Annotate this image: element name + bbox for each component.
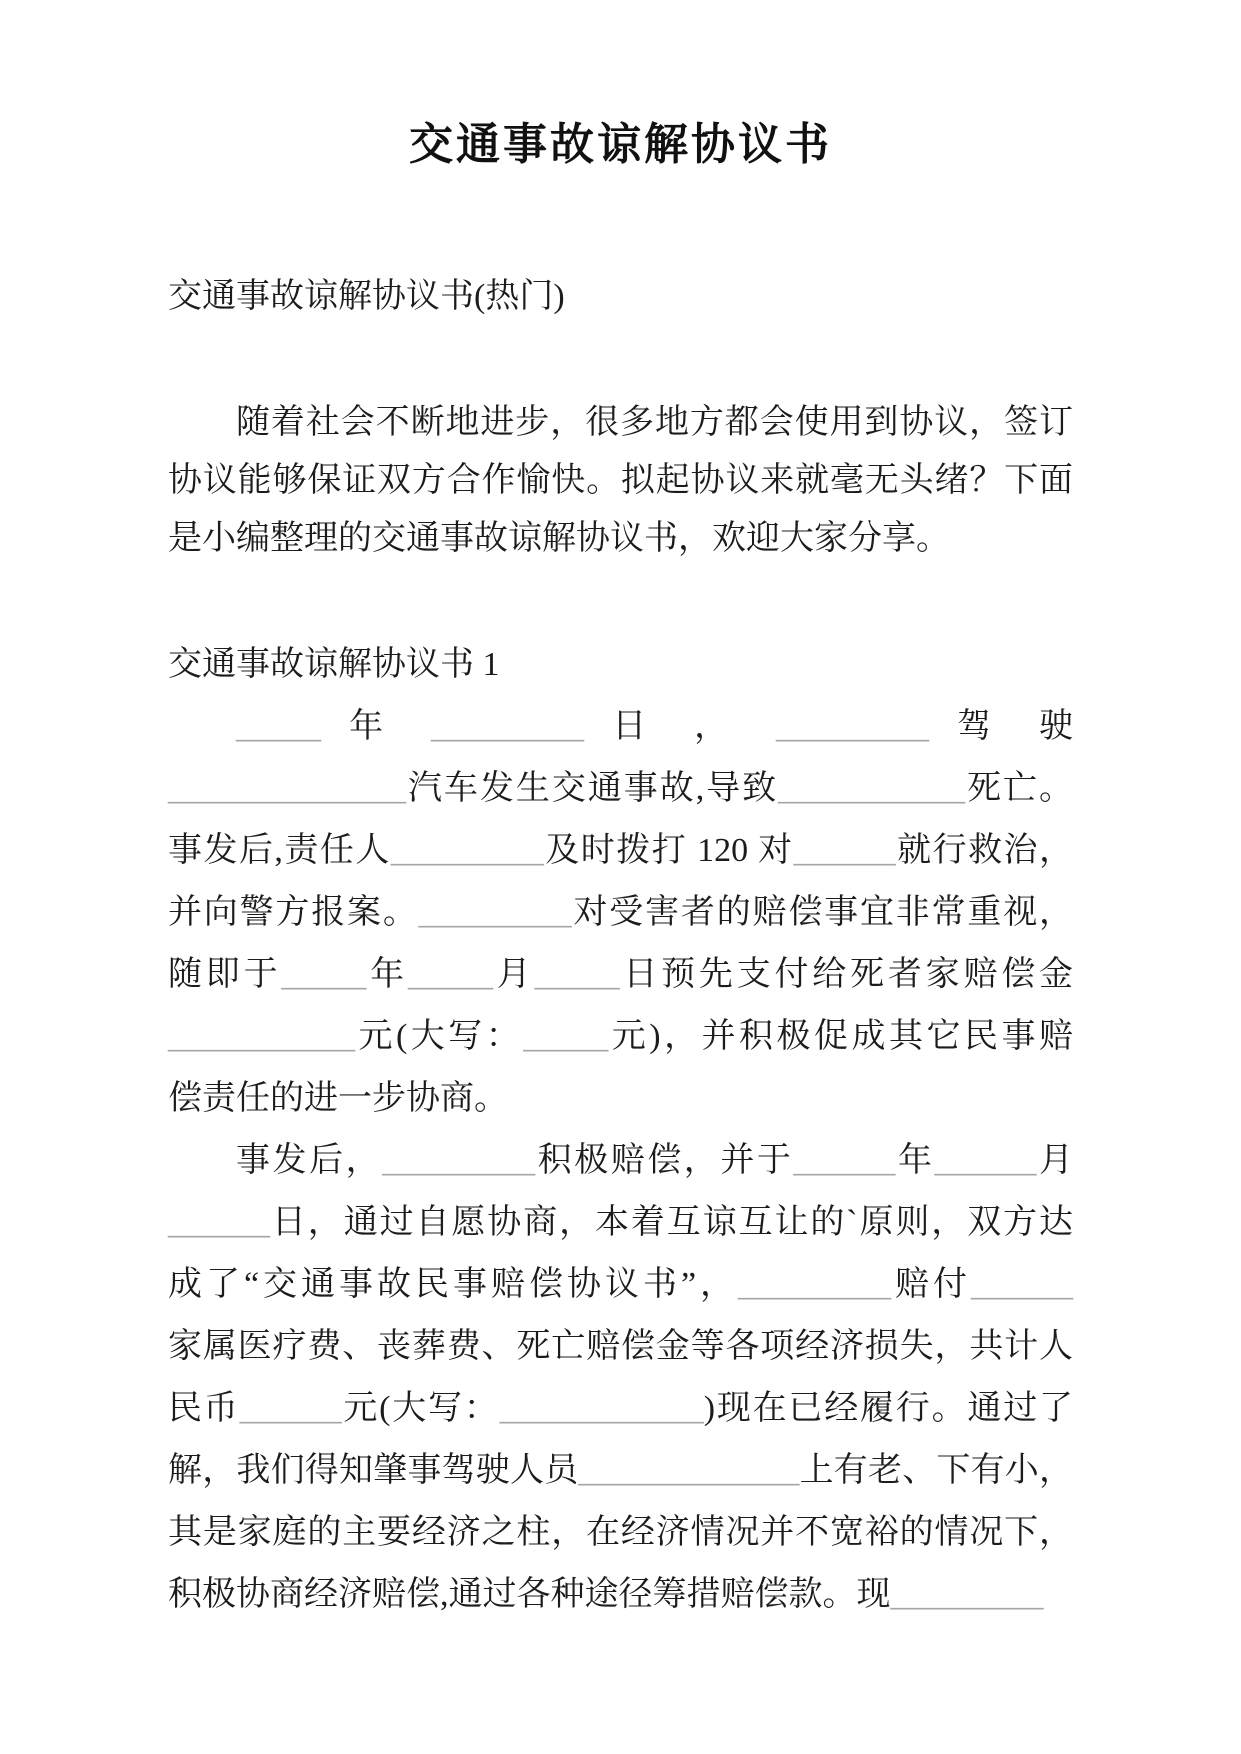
fill-in-blank: _________ (391, 832, 544, 869)
agreement-paragraph-1: _____ 年 _________ 日 ， _________ 驾 驶_____… (168, 696, 1073, 1130)
text-line: 家属医疗费、丧葬费、死亡赔偿金等各项经济损失，共计人 (168, 1316, 1073, 1378)
text-line: ______________汽车发生交通事故,导致___________死亡。 (168, 758, 1073, 820)
fill-in-blank: ______ (793, 1142, 895, 1179)
text-line: 协议能够保证双方合作愉快。拟起协议来就毫无头绪？下面 (168, 452, 1073, 510)
document-title: 交通事故谅解协议书 (168, 118, 1073, 172)
fill-in-blank: ______ (971, 1266, 1073, 1303)
fill-in-blank: ______ (240, 1390, 342, 1427)
fill-in-blank: ___________ (168, 1018, 355, 1055)
fill-in-blank: ____________ (500, 1390, 704, 1427)
agreement-paragraph-2: 事发后，_________积极赔偿，并于______年______月______… (168, 1130, 1073, 1626)
text-line: 随着社会不断地进步，很多地方都会使用到协议，签订 (168, 394, 1073, 452)
fill-in-blank: _________ (776, 708, 929, 745)
fill-in-blank: _____ (281, 956, 366, 993)
text-line: 并向警方报案。_________对受害者的赔偿事宜非常重视， (168, 882, 1073, 944)
document-subtitle: 交通事故谅解协议书(热门) (168, 276, 1073, 318)
text-line: 积极协商经济赔偿,通过各种途径筹措赔偿款。现_________ (168, 1564, 1073, 1626)
fill-in-blank: ______________ (168, 770, 406, 807)
text-line: _____ 年 _________ 日 ， _________ 驾 驶 (168, 696, 1073, 758)
text-line: 解，我们得知肇事驾驶人员_____________上有老、下有小， (168, 1440, 1073, 1502)
text-line: 事发后,责任人_________及时拨打 120 对______就行救治， (168, 820, 1073, 882)
text-line: 成了“交通事故民事赔偿协议书”，_________赔付______ (168, 1254, 1073, 1316)
text-line: ______日，通过自愿协商，本着互谅互让的`原则，双方达 (168, 1192, 1073, 1254)
text-line: 民币______元(大写：____________)现在已经履行。通过了 (168, 1378, 1073, 1440)
fill-in-blank: _________ (891, 1576, 1044, 1613)
fill-in-blank: _____ (408, 956, 493, 993)
fill-in-blank: _________ (431, 708, 584, 745)
fill-in-blank: ______ (794, 832, 896, 869)
fill-in-blank: _________ (738, 1266, 891, 1303)
text-line: ___________元(大写：_____元)，并积极促成其它民事赔 (168, 1006, 1073, 1068)
text-line: 事发后，_________积极赔偿，并于______年______月 (168, 1130, 1073, 1192)
text-line: 随即于_____年_____月_____日预先支付给死者家赔偿金 (168, 944, 1073, 1006)
document-page: 交通事故谅解协议书 交通事故谅解协议书(热门) 随着社会不断地进步，很多地方都会… (0, 0, 1241, 1754)
text-line: 偿责任的进一步协商。 (168, 1068, 1073, 1130)
fill-in-blank: _____ (535, 956, 620, 993)
text-line: 是小编整理的交通事故谅解协议书，欢迎大家分享。 (168, 510, 1073, 568)
fill-in-blank: _________ (382, 1142, 535, 1179)
fill-in-blank: ______ (935, 1142, 1037, 1179)
fill-in-blank: _________ (419, 894, 572, 931)
fill-in-blank: ______ (168, 1204, 270, 1241)
fill-in-blank: _____ (523, 1018, 608, 1055)
section-heading: 交通事故谅解协议书 1 (168, 634, 1073, 696)
intro-paragraph: 随着社会不断地进步，很多地方都会使用到协议，签订协议能够保证双方合作愉快。拟起协… (168, 394, 1073, 568)
fill-in-blank: _____ (236, 708, 321, 745)
fill-in-blank: _____________ (578, 1452, 799, 1489)
text-line: 其是家庭的主要经济之柱，在经济情况并不宽裕的情况下， (168, 1502, 1073, 1564)
fill-in-blank: ___________ (778, 770, 965, 807)
